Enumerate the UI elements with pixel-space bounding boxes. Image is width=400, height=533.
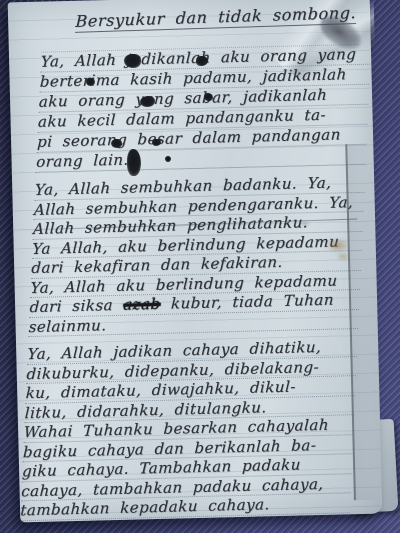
document-title-text: Bersyukur dan tidak sombong. — [75, 3, 357, 33]
struck-word: azab — [123, 295, 161, 314]
ink-blot — [165, 156, 171, 162]
brown-stain — [326, 238, 350, 253]
ink-blot — [140, 96, 155, 107]
ink-blot — [111, 139, 122, 148]
ink-blot-drip — [127, 149, 141, 176]
handwritten-text-block: Bersyukur dan tidak sombong. Ya, Allah j… — [20, 4, 373, 529]
photo-scene: Bersyukur dan tidak sombong. Ya, Allah j… — [0, 0, 400, 533]
brown-stain — [336, 252, 350, 261]
ink-blot — [204, 93, 213, 101]
brown-stain — [300, 220, 310, 227]
ink-blot — [86, 78, 95, 86]
ink-blot — [124, 54, 141, 68]
paragraph-3: Ya, Allah jadikan cahaya dihatiku,dikubu… — [20, 337, 358, 521]
paper-sheet: Bersyukur dan tidak sombong. Ya, Allah j… — [8, 0, 383, 522]
paragraph-2: Ya, Allah sembuhkan badanku. Ya,Allah se… — [28, 173, 365, 337]
